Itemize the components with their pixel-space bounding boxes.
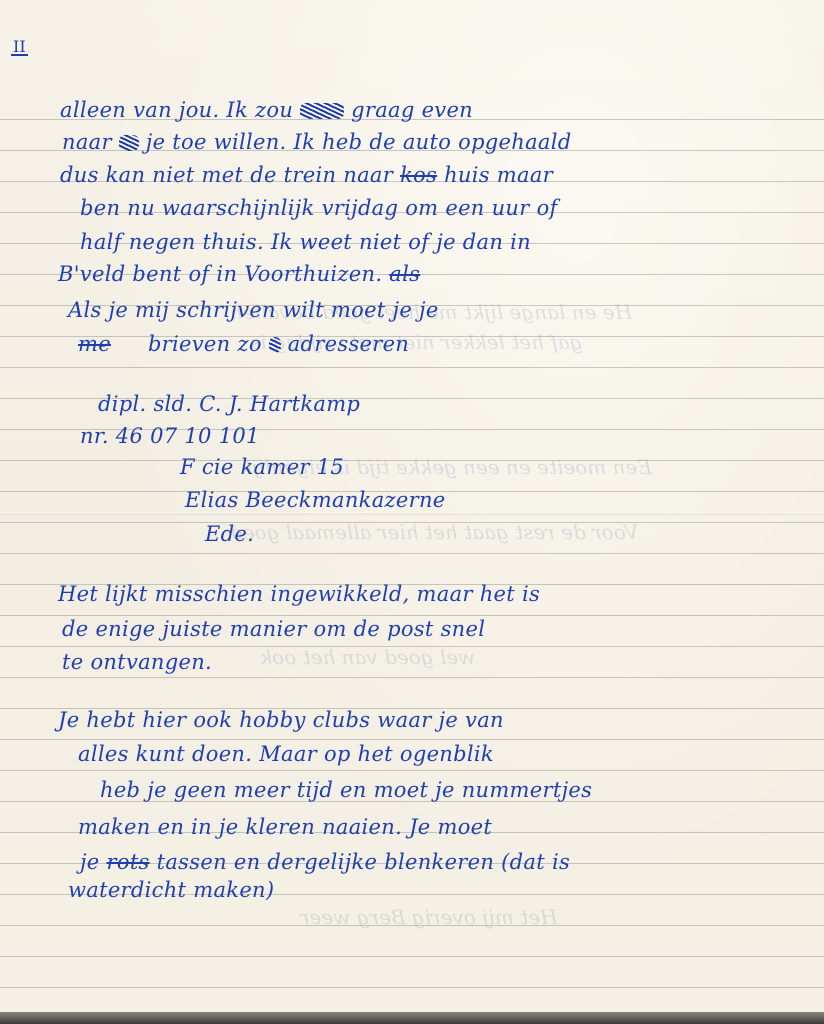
handwritten-line: waterdicht maken) <box>68 878 274 902</box>
letter-page: He en lange lijkt me heel goed bevallen … <box>0 0 824 1012</box>
handwritten-line: Het lijkt misschien ingewikkeld, maar he… <box>58 582 540 606</box>
struck-word: kos <box>400 163 437 187</box>
address-line: dipl. sld. C. J. Hartkamp <box>98 392 360 416</box>
handwritten-line: Als je mij schrijven wilt moet je je <box>68 298 439 322</box>
address-line: nr. 46 07 10 101 <box>80 424 260 448</box>
text-segment: tassen en dergelijke blenkeren (dat is <box>157 850 570 874</box>
handwritten-line: maken en in je kleren naaien. Je moet <box>78 815 492 839</box>
handwritten-line: B'veld bent of in Voorthuizen. als <box>58 262 420 286</box>
address-line: Ede. <box>205 522 254 546</box>
scan-bottom-edge <box>0 1012 824 1024</box>
handwritten-line: ben nu waarschijnlijk vrijdag om een uur… <box>80 196 558 220</box>
handwritten-line: naar je toe willen. Ik heb de auto opgeh… <box>62 130 572 154</box>
handwritten-line: heb je geen meer tijd en moet je nummert… <box>100 778 592 802</box>
handwritten-line: de enige juiste manier om de post snel <box>62 617 485 641</box>
handwritten-line: me brieven zo adresseren <box>78 332 409 356</box>
struck-word: als <box>389 262 420 286</box>
address-line: Elias Beeckmankazerne <box>185 488 446 512</box>
handwritten-line: alles kunt doen. Maar op het ogenblik <box>78 742 494 766</box>
text-segment: huis maar <box>444 163 553 187</box>
bleed-through-text: Voor de rest gaat het hier allemaal goed <box>230 520 638 544</box>
struck-word: rots <box>107 850 150 874</box>
paper-fold <box>0 512 824 515</box>
struck-word: me <box>78 332 111 356</box>
scribble-out-mark <box>119 135 139 151</box>
handwritten-line: half negen thuis. Ik weet niet of je dan… <box>80 230 531 254</box>
text-segment: alleen van jou. Ik zou <box>60 98 293 122</box>
scribble-out-mark <box>269 337 281 353</box>
handwritten-line: alleen van jou. Ik zou graag even <box>60 98 473 122</box>
text-segment: adresseren <box>288 332 409 356</box>
text-segment: je toe willen. Ik heb de auto opgehaald <box>146 130 572 154</box>
text-segment: naar <box>62 130 112 154</box>
bleed-through-text: wel goed van het ook <box>260 645 475 669</box>
handwritten-line: dus kan niet met de trein naar kos huis … <box>60 163 553 187</box>
handwritten-line: je rots tassen en dergelijke blenkeren (… <box>80 850 570 874</box>
text-segment: brieven zo <box>148 332 262 356</box>
handwritten-line: te ontvangen. <box>62 650 212 674</box>
text-segment: graag even <box>351 98 473 122</box>
page-number: II <box>11 40 28 56</box>
text-segment: je <box>80 850 100 874</box>
scribble-out-mark <box>300 103 344 119</box>
address-line: F cie kamer 15 <box>180 455 344 479</box>
text-segment: dus kan niet met de trein naar <box>60 163 393 187</box>
bleed-through-text: Het mij overig Berg weer <box>300 905 558 929</box>
text-segment: B'veld bent of in Voorthuizen. <box>58 262 382 286</box>
handwritten-line: Je hebt hier ook hobby clubs waar je van <box>58 708 504 732</box>
